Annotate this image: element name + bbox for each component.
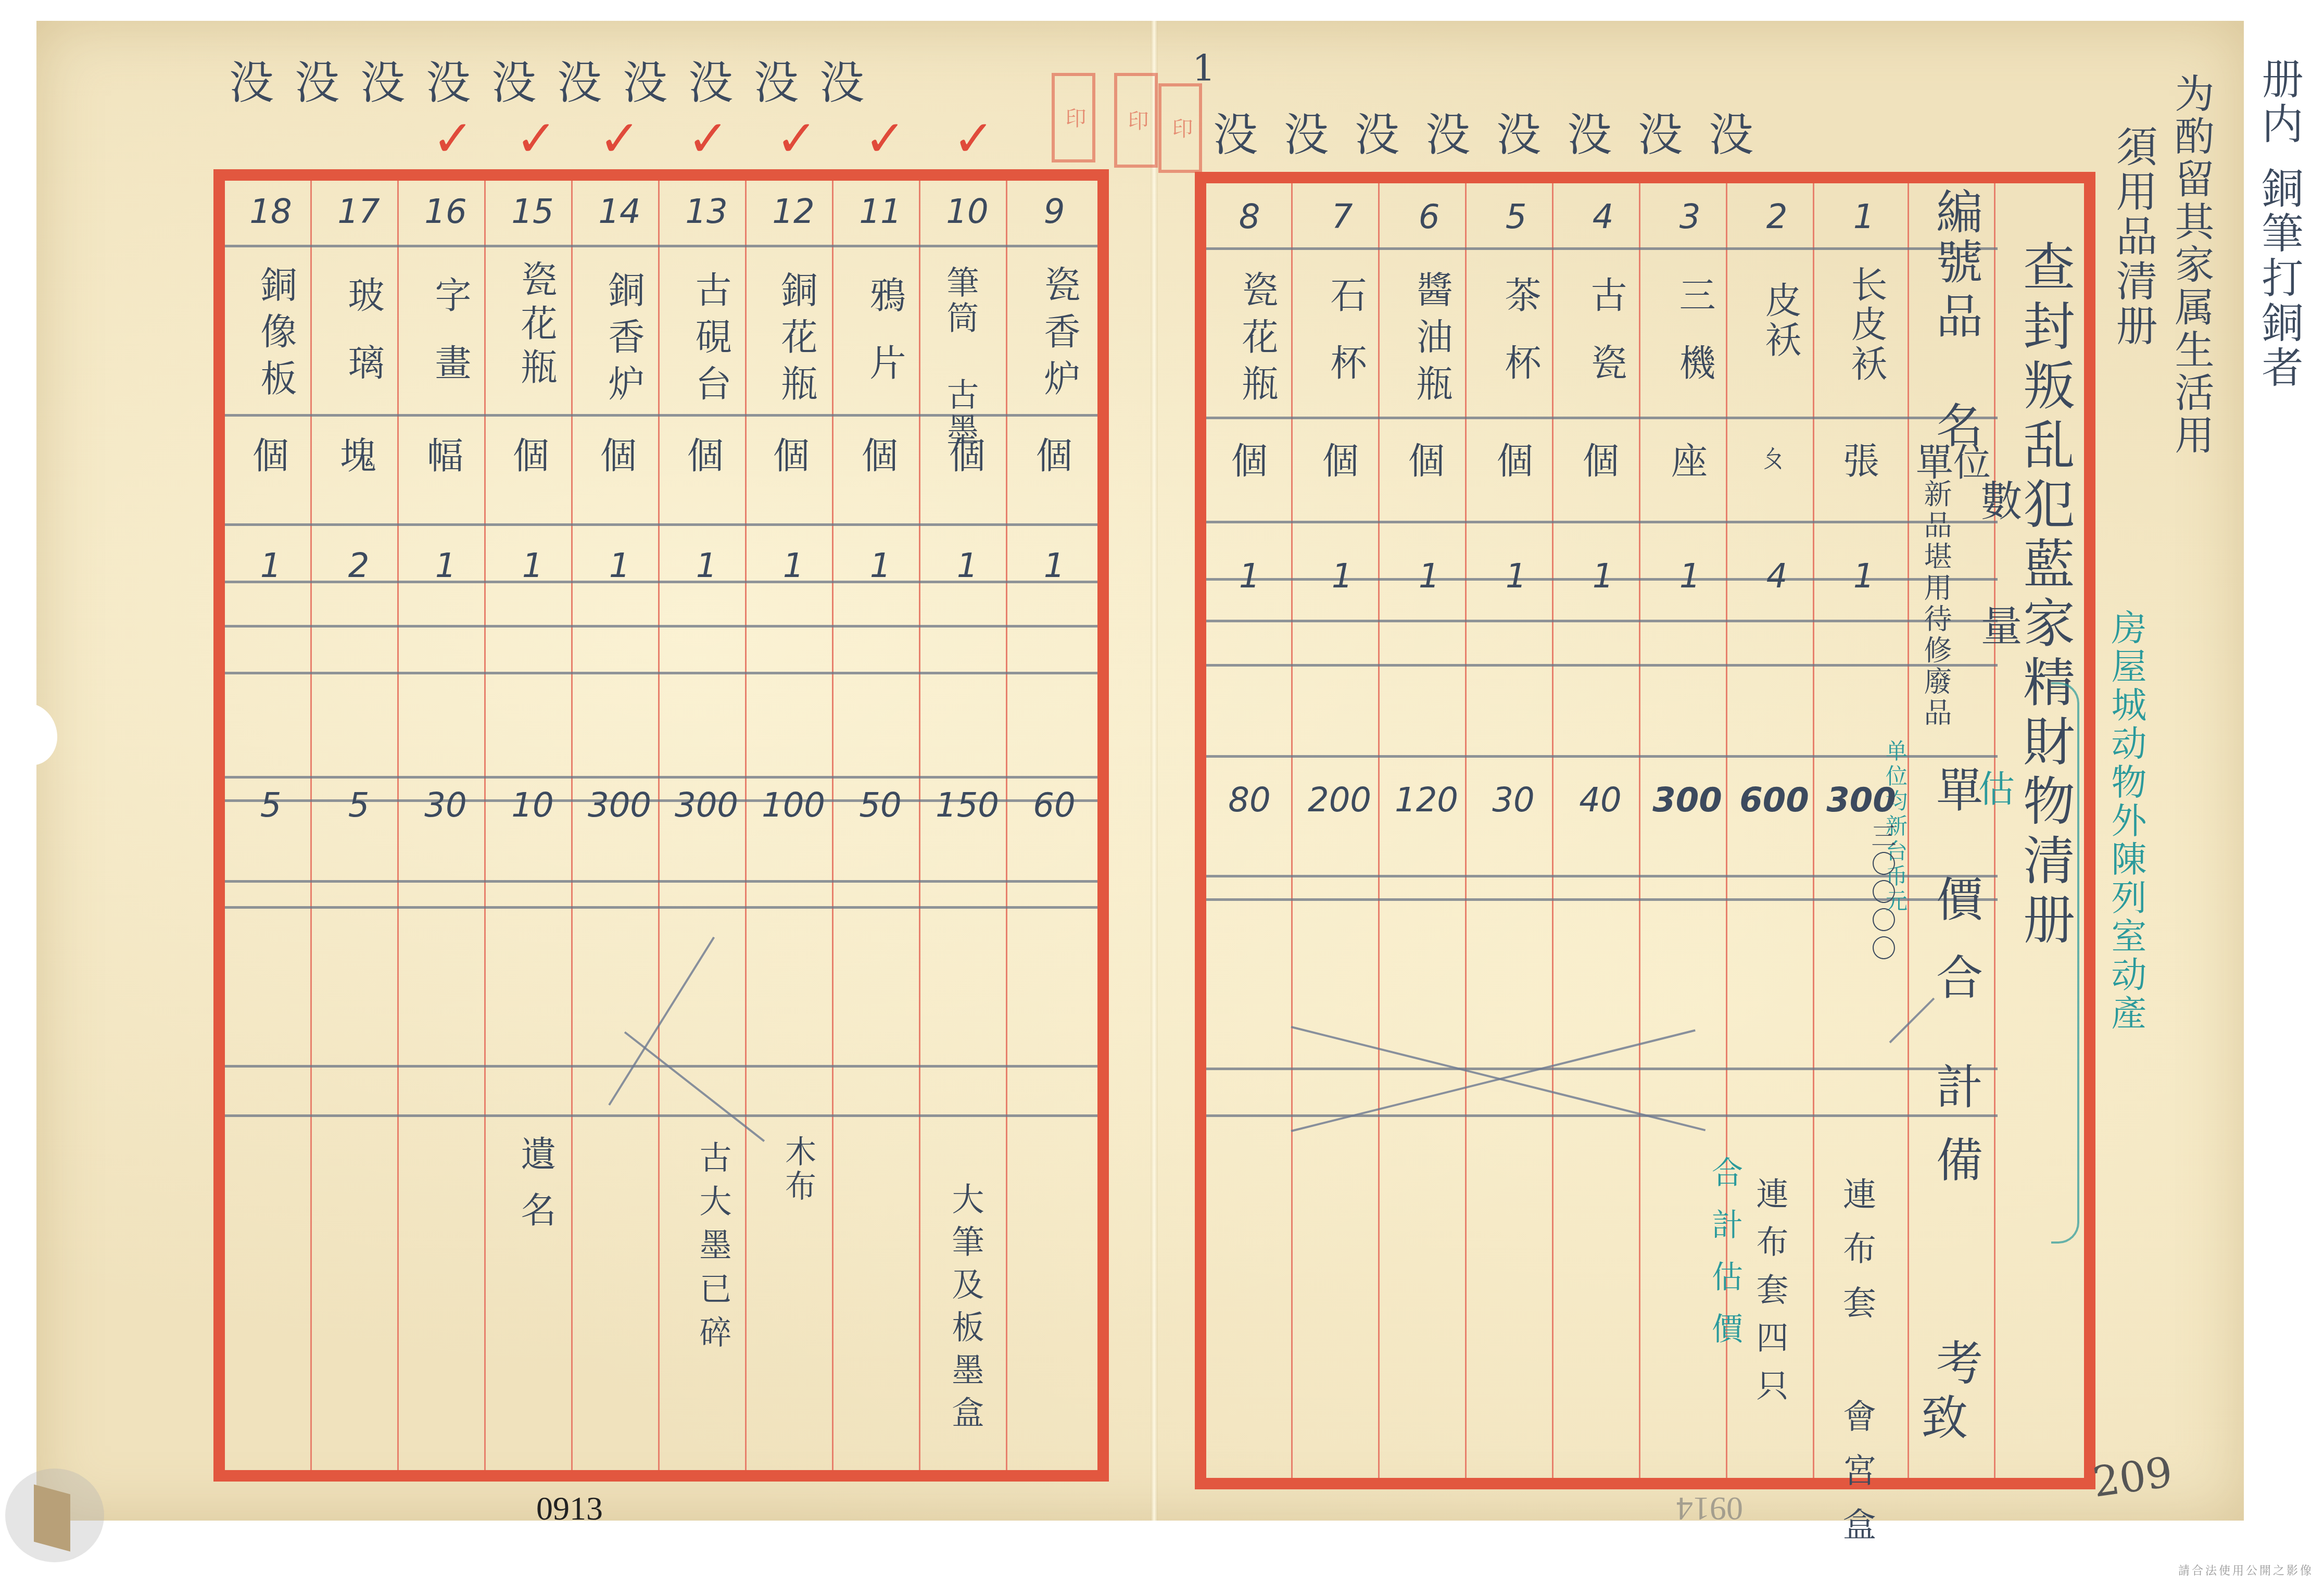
remark-row12: 木布 <box>776 1135 820 1204</box>
remark-row16: 遺名 <box>510 1135 561 1248</box>
remark-row2-teal: 合計估價 <box>1702 1156 1747 1364</box>
check-mark-icon: ✓ <box>515 109 557 168</box>
check-mark-icon: ✓ <box>687 109 729 168</box>
paper-tear <box>2270 625 2324 719</box>
teal-side-note: 房屋城动物外陳列室动產 <box>2101 609 2151 1033</box>
check-mark-icon: ✓ <box>599 109 640 168</box>
check-mark-icon: ✓ <box>432 109 474 168</box>
red-seal-stamp: 印 <box>1052 73 1095 162</box>
usage-watermark: 請合法使用公開之影像 <box>2178 1562 2314 1578</box>
header-unit: 單位 <box>1916 432 1991 486</box>
archive-logo-icon <box>5 1469 104 1562</box>
header-quantity-sub: 新品堪用待修廢品 <box>1916 479 1956 729</box>
check-mark-icon: ✓ <box>864 109 906 168</box>
red-seal-stamp: 印 <box>1158 83 1202 173</box>
remark-row2: 連布套四只 <box>1747 1177 1793 1416</box>
mirrored-page-number: 0914 <box>1676 1489 1743 1528</box>
check-mark-icon: ✓ <box>776 109 817 168</box>
document-number: 0913 <box>536 1489 603 1528</box>
remark-row13: 古大墨已碎 <box>690 1140 736 1359</box>
remark-closing: 致 <box>1921 1380 1968 1448</box>
top-marks-right: 没没没没没没没没 <box>1213 99 1779 164</box>
red-seal-stamp: 印 <box>1114 73 1158 168</box>
paper-tear <box>2259 1224 2324 1307</box>
remark-row1: 連布套 會宮盒 <box>1833 1177 1880 1561</box>
remark-row10: 大筆及板墨盒 <box>942 1182 989 1438</box>
check-mark-icon: ✓ <box>953 109 994 168</box>
mark-row-left: 没没没没没没没没没没 <box>229 47 885 111</box>
teal-bracket <box>2051 682 2079 1244</box>
page-fold <box>1151 21 1158 1521</box>
header-serial: 編號 <box>1921 187 1989 287</box>
header-remarks: 備考 <box>1921 1135 1989 1541</box>
